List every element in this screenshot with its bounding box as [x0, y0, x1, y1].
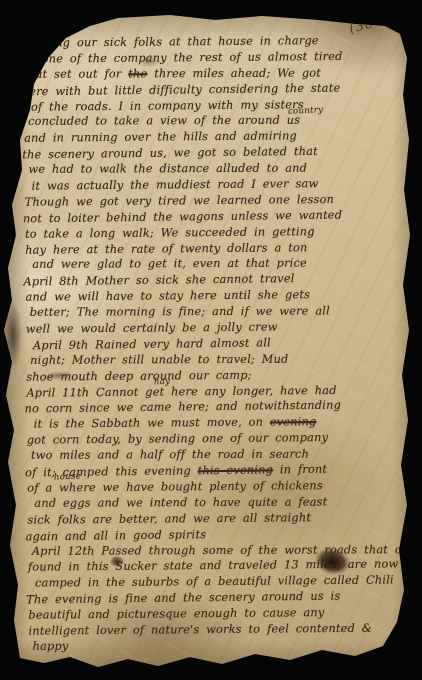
- interlinear-insertion: country: [288, 105, 324, 117]
- handwritten-line: we had to walk the distance alluded to a…: [28, 160, 410, 178]
- interlinear-insertion: hay: [154, 377, 171, 388]
- edge-tear-shadow: [4, 300, 22, 370]
- manuscript-text: Leaving our sick folks at that house in …: [23, 32, 414, 655]
- handwritten-line: night; Mother still unable to travel; Mu…: [30, 351, 412, 369]
- struck-text: this evening: [198, 463, 274, 477]
- struck-text: the: [128, 67, 147, 80]
- handwritten-line: better; The morning is fine; and if we w…: [30, 303, 412, 321]
- manuscript-photo: (38 Leaving our sick folks at that house…: [0, 0, 422, 680]
- manuscript-paper: (38 Leaving our sick folks at that house…: [0, 0, 422, 680]
- handwritten-line: concluded to take a view of the around u…: [28, 113, 410, 131]
- handwritten-line: and eggs and we intend to have quite a f…: [34, 494, 413, 512]
- handwritten-line: happy: [33, 637, 415, 655]
- interlinear-insertion: house: [54, 471, 81, 482]
- handwritten-line: April 12th Passed through some of the wo…: [32, 542, 414, 560]
- struck-text: evening: [270, 416, 317, 429]
